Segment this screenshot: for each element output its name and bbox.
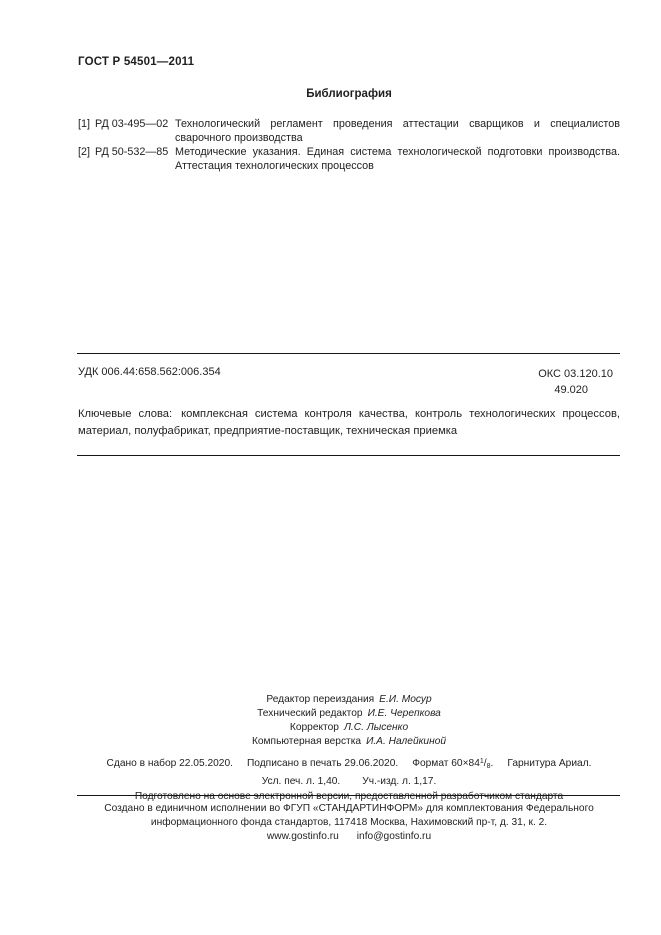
credit-role: Корректор (290, 722, 339, 733)
imprint-typeface: Гарнитура Ариал. (507, 758, 591, 769)
oks-code-line1: ОКС 03.120.10 (538, 366, 613, 382)
udk-code: УДК 006.44:658.562:006.354 (78, 366, 221, 378)
credit-role: Технический редактор (257, 708, 362, 719)
credit-line: Технический редакторИ.Е. Черепкова (78, 707, 620, 721)
credit-line: Редактор переизданияЕ.И. Мосур (78, 693, 620, 707)
credits-block: Редактор переизданияЕ.И. Мосур Техническ… (78, 693, 620, 749)
imprint-print-date: Подписано в печать 29.06.2020. (247, 758, 398, 769)
entry-doc-code: РД 03-495—02 (95, 117, 175, 131)
entry-doc-code: РД 50-532—85 (95, 145, 175, 159)
keywords-paragraph: Ключевые слова:комплексная система контр… (78, 406, 620, 440)
footer-line2: информационного фонда стандартов, 117418… (60, 816, 638, 830)
section-title: Библиография (78, 88, 620, 100)
imprint-uch: Уч.-изд. л. 1,17. (362, 776, 436, 787)
credit-line: КорректорЛ.С. Лысенко (78, 721, 620, 735)
footer-line1: Создано в единичном исполнении во ФГУП «… (60, 802, 638, 816)
imprint-format: Формат 60×841/8. (412, 758, 493, 769)
credit-name: И.А. Налейкиной (366, 736, 446, 747)
credit-name: И.Е. Черепкова (368, 708, 441, 719)
bibliography-entry: [1] РД 03-495—02 Технологический регламе… (78, 117, 620, 145)
divider (77, 353, 620, 354)
entry-description: Технологический регламент проведения атт… (175, 117, 620, 145)
imprint-block: Сдано в набор 22.05.2020.Подписано в печ… (60, 754, 638, 804)
imprint-typeset-date: Сдано в набор 22.05.2020. (107, 758, 233, 769)
oks-code-line2: 49.020 (538, 382, 588, 398)
imprint-usl: Усл. печ. л. 1,40. (262, 776, 341, 787)
entry-ref-number: [1] (78, 117, 95, 131)
divider (77, 455, 620, 456)
imprint-line1: Сдано в набор 22.05.2020.Подписано в печ… (60, 754, 638, 774)
publisher-footer: Создано в единичном исполнении во ФГУП «… (60, 802, 638, 844)
footer-email: info@gostinfo.ru (357, 831, 431, 842)
bibliography-list: [1] РД 03-495—02 Технологический регламе… (78, 117, 620, 173)
credit-name: Е.И. Мосур (379, 694, 431, 705)
document-page: ГОСТ Р 54501—2011 Библиография [1] РД 03… (0, 0, 661, 935)
doc-code: ГОСТ Р 54501—2011 (78, 56, 194, 68)
divider (77, 795, 620, 796)
keywords-label: Ключевые слова: (78, 408, 172, 420)
credit-role: Компьютерная верстка (252, 736, 361, 747)
footer-website: www.gostinfo.ru (267, 831, 339, 842)
oks-codes: ОКС 03.120.10 49.020 (538, 366, 613, 398)
entry-description: Методические указания. Единая система те… (175, 145, 620, 173)
credit-name: Л.С. Лысенко (344, 722, 408, 733)
imprint-line2: Усл. печ. л. 1,40.Уч.-изд. л. 1,17. (60, 774, 638, 789)
credit-role: Редактор переиздания (266, 694, 374, 705)
footer-line3: www.gostinfo.ruinfo@gostinfo.ru (60, 830, 638, 844)
entry-ref-number: [2] (78, 145, 95, 159)
credit-line: Компьютерная версткаИ.А. Налейкиной (78, 735, 620, 749)
bibliography-entry: [2] РД 50-532—85 Методические указания. … (78, 145, 620, 173)
